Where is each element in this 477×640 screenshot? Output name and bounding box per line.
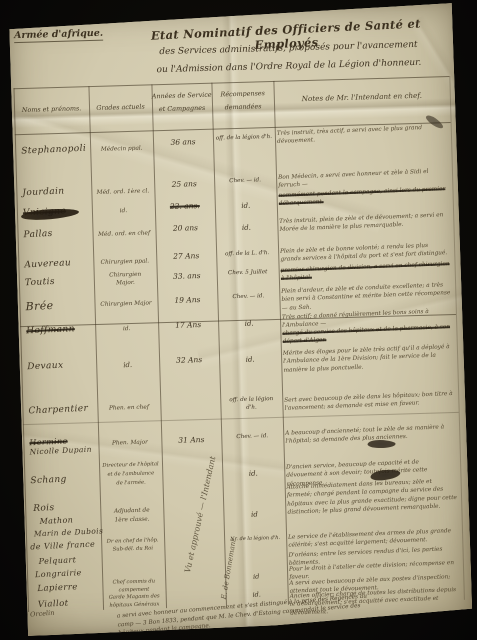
header-recompenses-1: Récompenses bbox=[212, 89, 274, 99]
row-grade-2: hôpitaux Généraux bbox=[103, 601, 166, 609]
row-name-3: Marin de Dubois bbox=[34, 526, 104, 538]
row-years: 20 ans bbox=[155, 223, 215, 234]
table-line bbox=[13, 76, 449, 89]
row-name-2: Nicolle Dupain bbox=[29, 445, 92, 457]
row-years: 33. ans bbox=[157, 271, 217, 282]
row-reward: id bbox=[223, 510, 285, 520]
row-reward: id bbox=[225, 572, 287, 582]
row-name: de Ville france bbox=[30, 540, 95, 552]
document-paper: Armée d'afrique. Etat Nominatif des Offi… bbox=[5, 2, 472, 636]
row-reward: id. bbox=[222, 469, 284, 479]
row-reward: off. de la légion d'h. bbox=[213, 134, 275, 142]
row-grade: Phen. Major bbox=[98, 439, 161, 447]
row-name: Pallas bbox=[23, 229, 53, 240]
row-reward: id. bbox=[226, 590, 288, 600]
row-reward: id. bbox=[215, 201, 277, 211]
row-name: Schang bbox=[30, 475, 67, 487]
row-notes: Mérite des éloges pour le zèle très acti… bbox=[283, 343, 454, 375]
row-reward: Chev. — id. bbox=[221, 433, 283, 441]
row-name-struck: Hoffmann bbox=[26, 324, 75, 336]
table-line bbox=[13, 88, 29, 612]
row-name: Rois bbox=[33, 503, 55, 514]
row-grade-3: de l'armée. bbox=[99, 479, 162, 487]
row-grade-2: Sub-dél. du Roi bbox=[101, 545, 164, 553]
row-reward: id. bbox=[215, 223, 277, 233]
header-annees-2: et Campagnes bbox=[152, 104, 212, 114]
row-notes: Sert avec beaucoup de zèle dans les hôpi… bbox=[284, 390, 455, 414]
row-grade: Méd. ord. 1ère cl. bbox=[91, 188, 154, 196]
row-reward: Chev. — id. bbox=[214, 177, 276, 185]
row-grade-2: Major. bbox=[94, 279, 157, 287]
row-years: 17 Ans bbox=[158, 320, 218, 331]
row-reward: id. bbox=[218, 319, 280, 329]
row-name: Auvereau bbox=[24, 258, 71, 270]
row-years: 19 Ans bbox=[157, 295, 217, 306]
row-years: 27 Ans bbox=[156, 251, 216, 262]
row-grade: Garde Magasin des bbox=[103, 593, 166, 601]
row-grade: Dr en chef de l'hôp. bbox=[101, 537, 164, 545]
row-years: 36 ans bbox=[153, 137, 213, 148]
row-name: Stephanopoli bbox=[21, 144, 86, 157]
header-annees-1: Années de Service bbox=[152, 91, 212, 101]
ink-blot bbox=[367, 440, 395, 449]
row-grade: id. bbox=[96, 360, 159, 370]
document-title-line3: ou l'Admission dans l'Ordre Royal de la … bbox=[129, 57, 449, 76]
table-line bbox=[151, 84, 167, 608]
row-grade: Directeur de l'hôpital bbox=[99, 461, 162, 469]
vertical-signature: Vu et approuvé — l'Intendant bbox=[183, 455, 217, 573]
row-years: 25 ans bbox=[154, 179, 214, 190]
row-name: Devaux bbox=[27, 361, 64, 373]
row-grade: Chirurgien ppal. bbox=[93, 258, 156, 266]
row-years: 31 Ans bbox=[161, 435, 221, 446]
row-name: Brée bbox=[25, 299, 54, 313]
row-name: Toutis bbox=[25, 277, 55, 288]
row-grade-2: 1ère classe. bbox=[101, 516, 164, 524]
row-name: Charpentier bbox=[28, 404, 88, 417]
row-grade: Chirurgien Major bbox=[94, 300, 157, 308]
header-noms: Noms et prénoms. bbox=[14, 104, 89, 114]
row-notes: Très instruit, plein de zèle et de dévou… bbox=[279, 211, 450, 235]
row-grade: Méd. ord. en chef bbox=[93, 230, 156, 238]
row-grade: Adjudant de bbox=[100, 507, 163, 515]
row-name: Longrairie bbox=[35, 568, 82, 579]
row-grade: id. bbox=[92, 207, 155, 215]
row-name: Lapierre bbox=[37, 582, 78, 594]
row-grade: Chef commis du bbox=[102, 578, 165, 586]
row-grade: Médecin ppal. bbox=[90, 145, 153, 153]
footnote-label: Orcelin bbox=[30, 609, 55, 621]
table-line bbox=[211, 83, 227, 607]
header-notes: Notes de Mr. l'Intendant en chef. bbox=[276, 90, 448, 104]
row-reward: off. de la L. d'h. bbox=[216, 250, 278, 258]
table-line bbox=[23, 412, 459, 425]
row-grade: Phen. en chef bbox=[97, 404, 160, 412]
header-recompenses-2: demandées bbox=[212, 102, 274, 112]
row-reward: off. de la légion bbox=[220, 396, 282, 404]
row-name: Jourdain bbox=[22, 186, 65, 198]
row-grade: id. bbox=[95, 325, 158, 333]
row-years: 32 Ans bbox=[159, 355, 219, 366]
row-reward: Chev. 5 Juillet bbox=[217, 269, 279, 277]
row-name-2: Mathon bbox=[39, 515, 73, 526]
row-notes: Attaché immédiatement dans les bureaux; … bbox=[286, 477, 457, 517]
corner-label: Armée d'afrique. bbox=[14, 28, 103, 43]
header-grades: Grades actuels bbox=[89, 102, 152, 112]
row-grade: Chirurgien bbox=[94, 271, 157, 279]
row-reward: Chev. — id. bbox=[217, 293, 279, 301]
row-reward-2: d'h. bbox=[220, 404, 282, 412]
row-name: Pelquart bbox=[38, 555, 76, 566]
row-years-struck: 22. ans. bbox=[155, 201, 215, 212]
photo-backdrop: Armée d'afrique. Etat Nominatif des Offi… bbox=[0, 0, 477, 640]
row-grade-2: et de l'ambulance bbox=[99, 470, 162, 478]
row-reward: id. bbox=[219, 355, 281, 365]
